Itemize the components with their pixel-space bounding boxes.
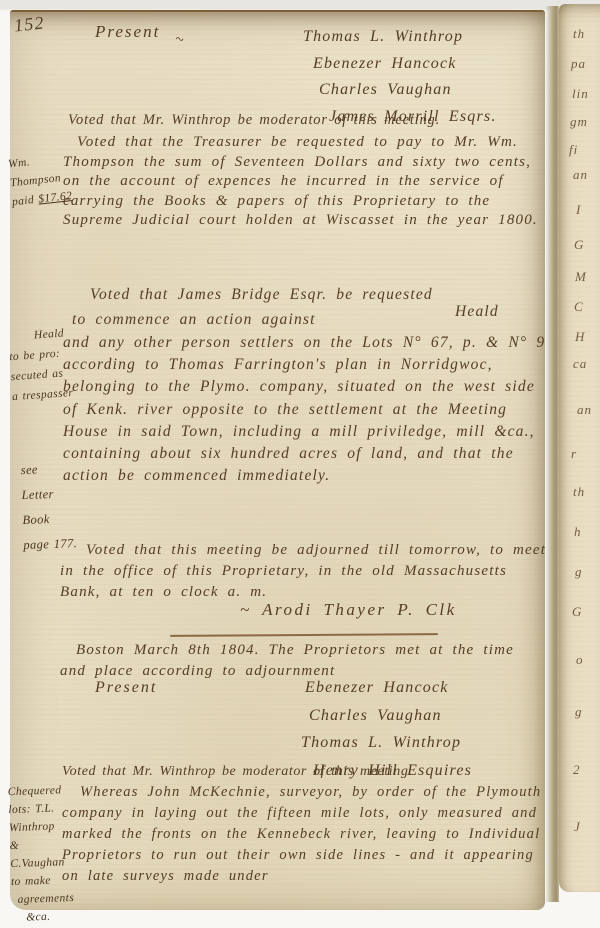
vote-bridge-line1: Voted that James Bridge Esqr. be request… — [90, 285, 433, 305]
margin-note-line: Book — [22, 506, 83, 533]
page-number: 152 — [13, 12, 46, 35]
margin-note-line: see — [20, 456, 81, 483]
manuscript-page: 152 Present ~ Thomas L. Winthrop Ebeneze… — [10, 10, 545, 910]
clerk-signature: ~ Arodi Thayer P. Clk — [240, 600, 457, 620]
facing-text-fragment: h — [574, 524, 582, 540]
margin-note-heald: Heald to be pro: secuted as a trespasser — [7, 323, 76, 407]
margin-note-line: Letter — [21, 481, 82, 508]
facing-text-fragment: ca — [573, 356, 587, 372]
facing-text-fragment: G — [572, 604, 582, 620]
margin-note-chequered: Chequered lots: T.L. Winthrop & C.Vaugha… — [8, 781, 79, 927]
facing-text-fragment: H — [575, 329, 585, 345]
facing-text-fragment: o — [576, 652, 584, 668]
margin-note-line: & C.Vaughan — [9, 835, 76, 873]
facing-text-fragment: J — [574, 819, 581, 835]
attendee: Charles Vaughan — [319, 77, 497, 104]
facing-text-fragment: M — [575, 269, 587, 285]
present-label-2: Present — [95, 678, 157, 698]
facing-text-fragment: an — [577, 402, 592, 418]
facing-text-fragment: I — [576, 202, 581, 218]
facing-text-fragment: gm — [570, 114, 588, 130]
vote-bridge-line2: to commence an action against — [72, 310, 316, 330]
manuscript-scan: 152 Present ~ Thomas L. Winthrop Ebeneze… — [0, 0, 600, 928]
book-gutter — [545, 6, 559, 902]
margin-note-line: lots: T.L. — [8, 799, 75, 819]
vote-bridge-body: and any other person settlers on the Lot… — [63, 332, 557, 487]
facing-text-fragment: lin — [572, 86, 589, 102]
facing-text-fragment: fi — [569, 142, 578, 158]
margin-note-line: to make — [11, 871, 78, 891]
facing-text-fragment: r — [571, 446, 577, 462]
margin-note-line: Winthrop — [9, 817, 76, 837]
attendee: Ebenezer Hancock — [313, 51, 497, 78]
heald-insertion: Heald — [455, 302, 499, 322]
attendee: Charles Vaughan — [309, 702, 472, 730]
present-flourish: ~ — [172, 29, 187, 51]
margin-note-line: Heald — [33, 323, 72, 346]
facing-text-fragment: th — [573, 484, 585, 500]
facing-text-fragment: g — [575, 704, 583, 720]
vote-moderator-1: Voted that Mr. Winthrop be moderator of … — [68, 110, 550, 130]
attendee: Ebenezer Hancock — [305, 674, 472, 702]
facing-text-fragment: 2 — [573, 762, 581, 778]
whereas-paragraph: Whereas John McKechnie, surveyor, by ord… — [62, 782, 556, 887]
margin-note-line: &ca. — [26, 907, 79, 927]
attendee: Thomas L. Winthrop — [303, 24, 497, 51]
attendee: Thomas L. Winthrop — [301, 729, 472, 757]
margin-note-line: Chequered — [8, 781, 75, 801]
facing-text-fragment: G — [574, 237, 584, 253]
facing-text-fragment: C — [574, 299, 584, 315]
section-divider-rule — [170, 633, 438, 637]
present-label-1: Present — [95, 22, 160, 42]
facing-text-fragment: an — [573, 167, 588, 183]
facing-text-fragment: g — [575, 564, 583, 580]
margin-note-line: agreements — [17, 889, 78, 909]
vote-treasurer: Voted that the Treasurer be requested to… — [63, 133, 555, 231]
vote-moderator-2: Voted that Mr. Winthrop be moderator of … — [62, 762, 554, 782]
facing-text-fragment: pa — [571, 56, 586, 72]
vote-adjourn: Voted that this meeting be adjourned til… — [60, 540, 548, 603]
facing-page-edge: th pa lin gm fi an I G M C H ca an r th … — [559, 4, 600, 892]
facing-text-fragment: th — [573, 26, 585, 42]
